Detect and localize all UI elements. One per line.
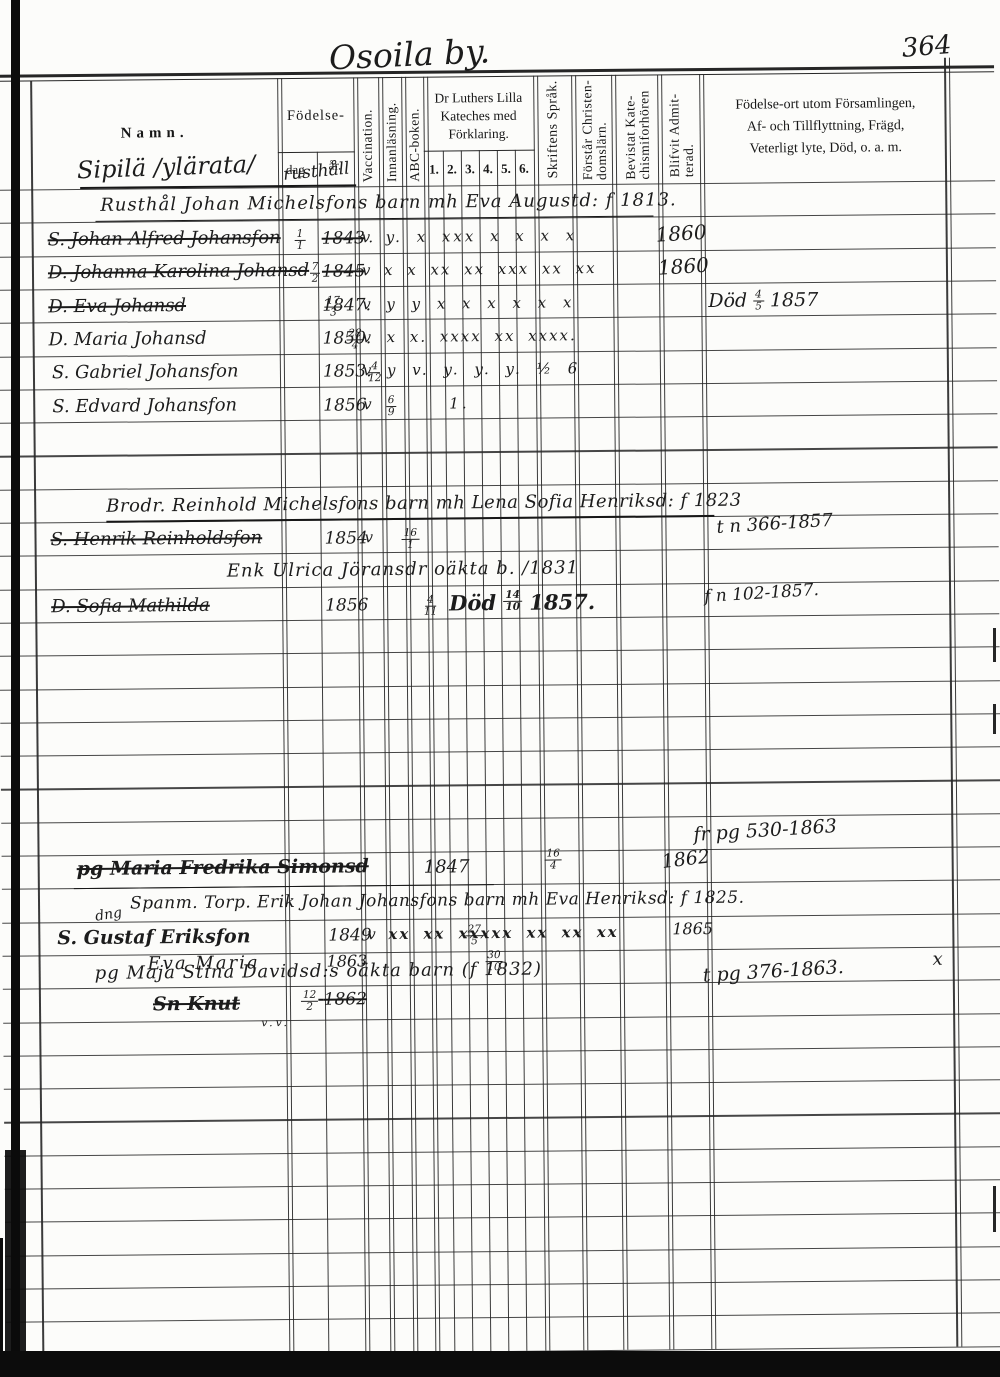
bevistat-line2: chismiforhören xyxy=(637,90,651,180)
column-header-skriftens-sprak: Skriftens Språk. xyxy=(546,80,560,178)
blifvit-line1: Blifvit Admit- xyxy=(667,93,681,177)
scan-mark-right-2 xyxy=(993,704,996,734)
birth-date-fraction: 161 xyxy=(402,529,420,550)
family3-heading: Spanm. Torp. Erik Johan Johansfons barn … xyxy=(130,888,745,914)
birth-year: 1854 xyxy=(324,528,367,548)
forstar-line1: Förstår Christen- xyxy=(580,80,594,180)
birth-year: 1856 xyxy=(325,595,368,615)
katekes-col-3: 3. xyxy=(461,161,479,177)
birth-year: 1845 xyxy=(322,261,365,281)
death-month: 5 xyxy=(755,301,762,311)
record-name: pg Maria Fredrika Simonsd xyxy=(77,855,369,880)
birth-date-fraction: 72 xyxy=(310,263,321,284)
examination-marks: y v. y. y. y. ½ 6 xyxy=(387,359,581,379)
blifvit-line2: terad. xyxy=(681,93,695,177)
examination-marks: xx xx xxxxx xx xx xx xyxy=(388,923,618,943)
examination-marks: y. x xxx x x x x xyxy=(386,226,578,246)
record-name: S. Edvard Johansfon xyxy=(52,395,237,418)
birth-date-fraction: 164 xyxy=(544,849,562,870)
admitted-year: 1860 xyxy=(655,220,707,247)
column-header-vaccination: Vaccination. xyxy=(360,109,374,182)
family2-heading: Brodr. Reinhold Michelsfons barn mh Lena… xyxy=(106,490,742,517)
death-year: 1857 xyxy=(770,289,819,311)
vaccination-mark: v xyxy=(364,528,373,546)
column-header-katekes-line3: Förklaring. xyxy=(426,126,532,143)
death-year: 1857. xyxy=(529,589,595,615)
column-header-namn: Namn. xyxy=(95,125,215,143)
column-header-forstar-christendomslarn: Förstår Christen- domslärn. xyxy=(580,80,608,181)
death-label: Död xyxy=(708,290,747,312)
table-grid xyxy=(0,0,993,5)
column-header-remark-line2: Af- och Tillflyttning, Frägd, xyxy=(709,118,943,136)
scan-edge-left-thin xyxy=(0,1238,3,1353)
birth-month: 4 xyxy=(550,860,557,870)
examination-marks: y y x x x x x x xyxy=(386,293,574,313)
examination-marks: x x. xxxx xx xxxx. xyxy=(387,326,577,346)
birth-date-fraction: 11 xyxy=(295,230,306,251)
vaccination-mark: v xyxy=(362,295,371,313)
birth-month: 1 xyxy=(297,241,304,251)
column-header-blifvit-admitterad: Blifvit Admit- terad. xyxy=(667,93,695,177)
column-header-katekes-line2: Kateches med xyxy=(425,108,531,125)
family1-heading: Rusthål Johan Michelsfons barn mh Eva Au… xyxy=(100,189,677,216)
record-name: D. Sofia Mathilda xyxy=(51,595,210,618)
page-title: Osoila by. xyxy=(328,31,491,77)
column-header-remark-line3: Veterligt lyte, Död, o. a. m. xyxy=(709,140,943,158)
death-note: Död 45 1857 xyxy=(708,289,818,312)
birth-date: 122 1862 xyxy=(301,989,367,1011)
birth-date-fraction: 69 xyxy=(386,396,397,417)
migration-note: f n 102-1857. xyxy=(704,580,820,607)
migration-note: fr pg 530-1863 xyxy=(693,815,838,846)
admitted-year: 1860 xyxy=(657,253,709,280)
vaccination-mark: v. xyxy=(362,228,374,246)
admitted-year: 1865 xyxy=(672,919,713,938)
scan-mark-right-1 xyxy=(993,628,996,662)
small-marks: v.v. xyxy=(261,1016,290,1029)
vaccination-mark: v xyxy=(362,261,371,279)
birth-month: 2 xyxy=(306,1002,313,1012)
birth-month: 1 xyxy=(407,540,414,550)
lodger2-line: pg Maja Stina Davidsd:s oäkta barn (f 18… xyxy=(95,959,542,984)
scan-mark-right-3 xyxy=(993,1186,996,1232)
examination-marks: x x xx xx xxx xx xx xyxy=(384,259,597,279)
record-name: S. Henrik Reinholdsfon xyxy=(50,527,262,550)
katekes-col-1: 1. xyxy=(425,162,443,178)
mark: x xyxy=(933,949,943,970)
record-name: D. Maria Johansd xyxy=(49,328,207,351)
estate-name: Sipilä /ylärata/ xyxy=(77,150,256,184)
skriftens-label: Skriftens Språk. xyxy=(546,80,560,178)
birth-year: 1849 xyxy=(328,925,371,945)
record-name: S. Gustaf Eriksfon xyxy=(57,925,250,949)
katekes-col-4: 4. xyxy=(479,161,497,177)
scan-smudge-left xyxy=(5,1150,26,1353)
heading2-underline xyxy=(106,515,714,522)
birth-year: 1847 xyxy=(424,856,470,877)
scan-edge-bottom xyxy=(0,1351,1000,1377)
scanned-page: Osoila by. 364 Namn. Födelse- dag. år. V… xyxy=(0,0,1000,1377)
admitted-year: 1862 xyxy=(661,846,712,873)
vaccination-mark: v xyxy=(367,925,376,943)
birth-month: 9 xyxy=(388,407,395,417)
column-header-innanlasning: Innanläsning. xyxy=(384,102,398,182)
page-number: 364 xyxy=(901,30,953,64)
abc-boken-label: ABC-boken. xyxy=(407,108,421,182)
birth-month: 2 xyxy=(312,274,319,284)
katekes-col-5: 5. xyxy=(497,161,515,177)
column-header-abc-boken: ABC-boken. xyxy=(407,108,421,182)
innanlasning-label: Innanläsning. xyxy=(384,102,398,182)
vaccination-label: Vaccination. xyxy=(360,109,374,182)
examination-marks: 1. xyxy=(449,394,469,412)
death-month: 10 xyxy=(505,602,520,612)
death-label: Död xyxy=(449,590,496,615)
katekes-col-2: 2. xyxy=(443,161,461,177)
death-note: Död 1410 1857. xyxy=(449,589,595,615)
birth-month: 11 xyxy=(424,607,437,617)
katekes-col-6: 6. xyxy=(515,161,533,177)
vaccination-mark: v xyxy=(363,361,372,379)
forstar-line2: domslärn. xyxy=(594,80,608,180)
column-header-fodelse: Födelse- xyxy=(277,107,354,125)
birth-year: 1862 xyxy=(324,989,367,1009)
birth-date-fraction: 411 xyxy=(424,596,438,617)
record-name: S. Gabriel Johansfon xyxy=(52,360,239,383)
vaccination-mark: v xyxy=(363,328,372,346)
birth-year: 1843 xyxy=(322,228,365,248)
vaccination-mark: v xyxy=(363,395,372,413)
death-date-fraction: 1410 xyxy=(503,591,522,612)
birth-year: 1856 xyxy=(323,395,366,415)
column-header-katekes-line1: Dr Luthers Lilla xyxy=(425,90,531,107)
record-name: Sn Knut xyxy=(153,993,240,1016)
column-header-remark-line1: Födelse-ort utom Församlingen, xyxy=(708,96,942,114)
record-name: D. Johanna Karolina Johansd xyxy=(48,260,309,284)
death-date-fraction: 45 xyxy=(753,290,764,311)
column-header-bevistat-katechismiforhoren: Bevistat Kate- chismiforhören xyxy=(623,90,651,180)
migration-note: t n 366-1857 xyxy=(716,510,834,538)
widow-line: Enk Ulrica Jöransdr oäkta b. /1831 xyxy=(227,557,579,581)
sheet: Osoila by. 364 Namn. Födelse- dag. år. V… xyxy=(0,0,1000,1377)
record-name: S. Johan Alfred Johansfon xyxy=(48,227,281,250)
record-name: D. Eva Johansd xyxy=(48,295,186,317)
birth-date-fraction: 122 xyxy=(301,991,319,1012)
